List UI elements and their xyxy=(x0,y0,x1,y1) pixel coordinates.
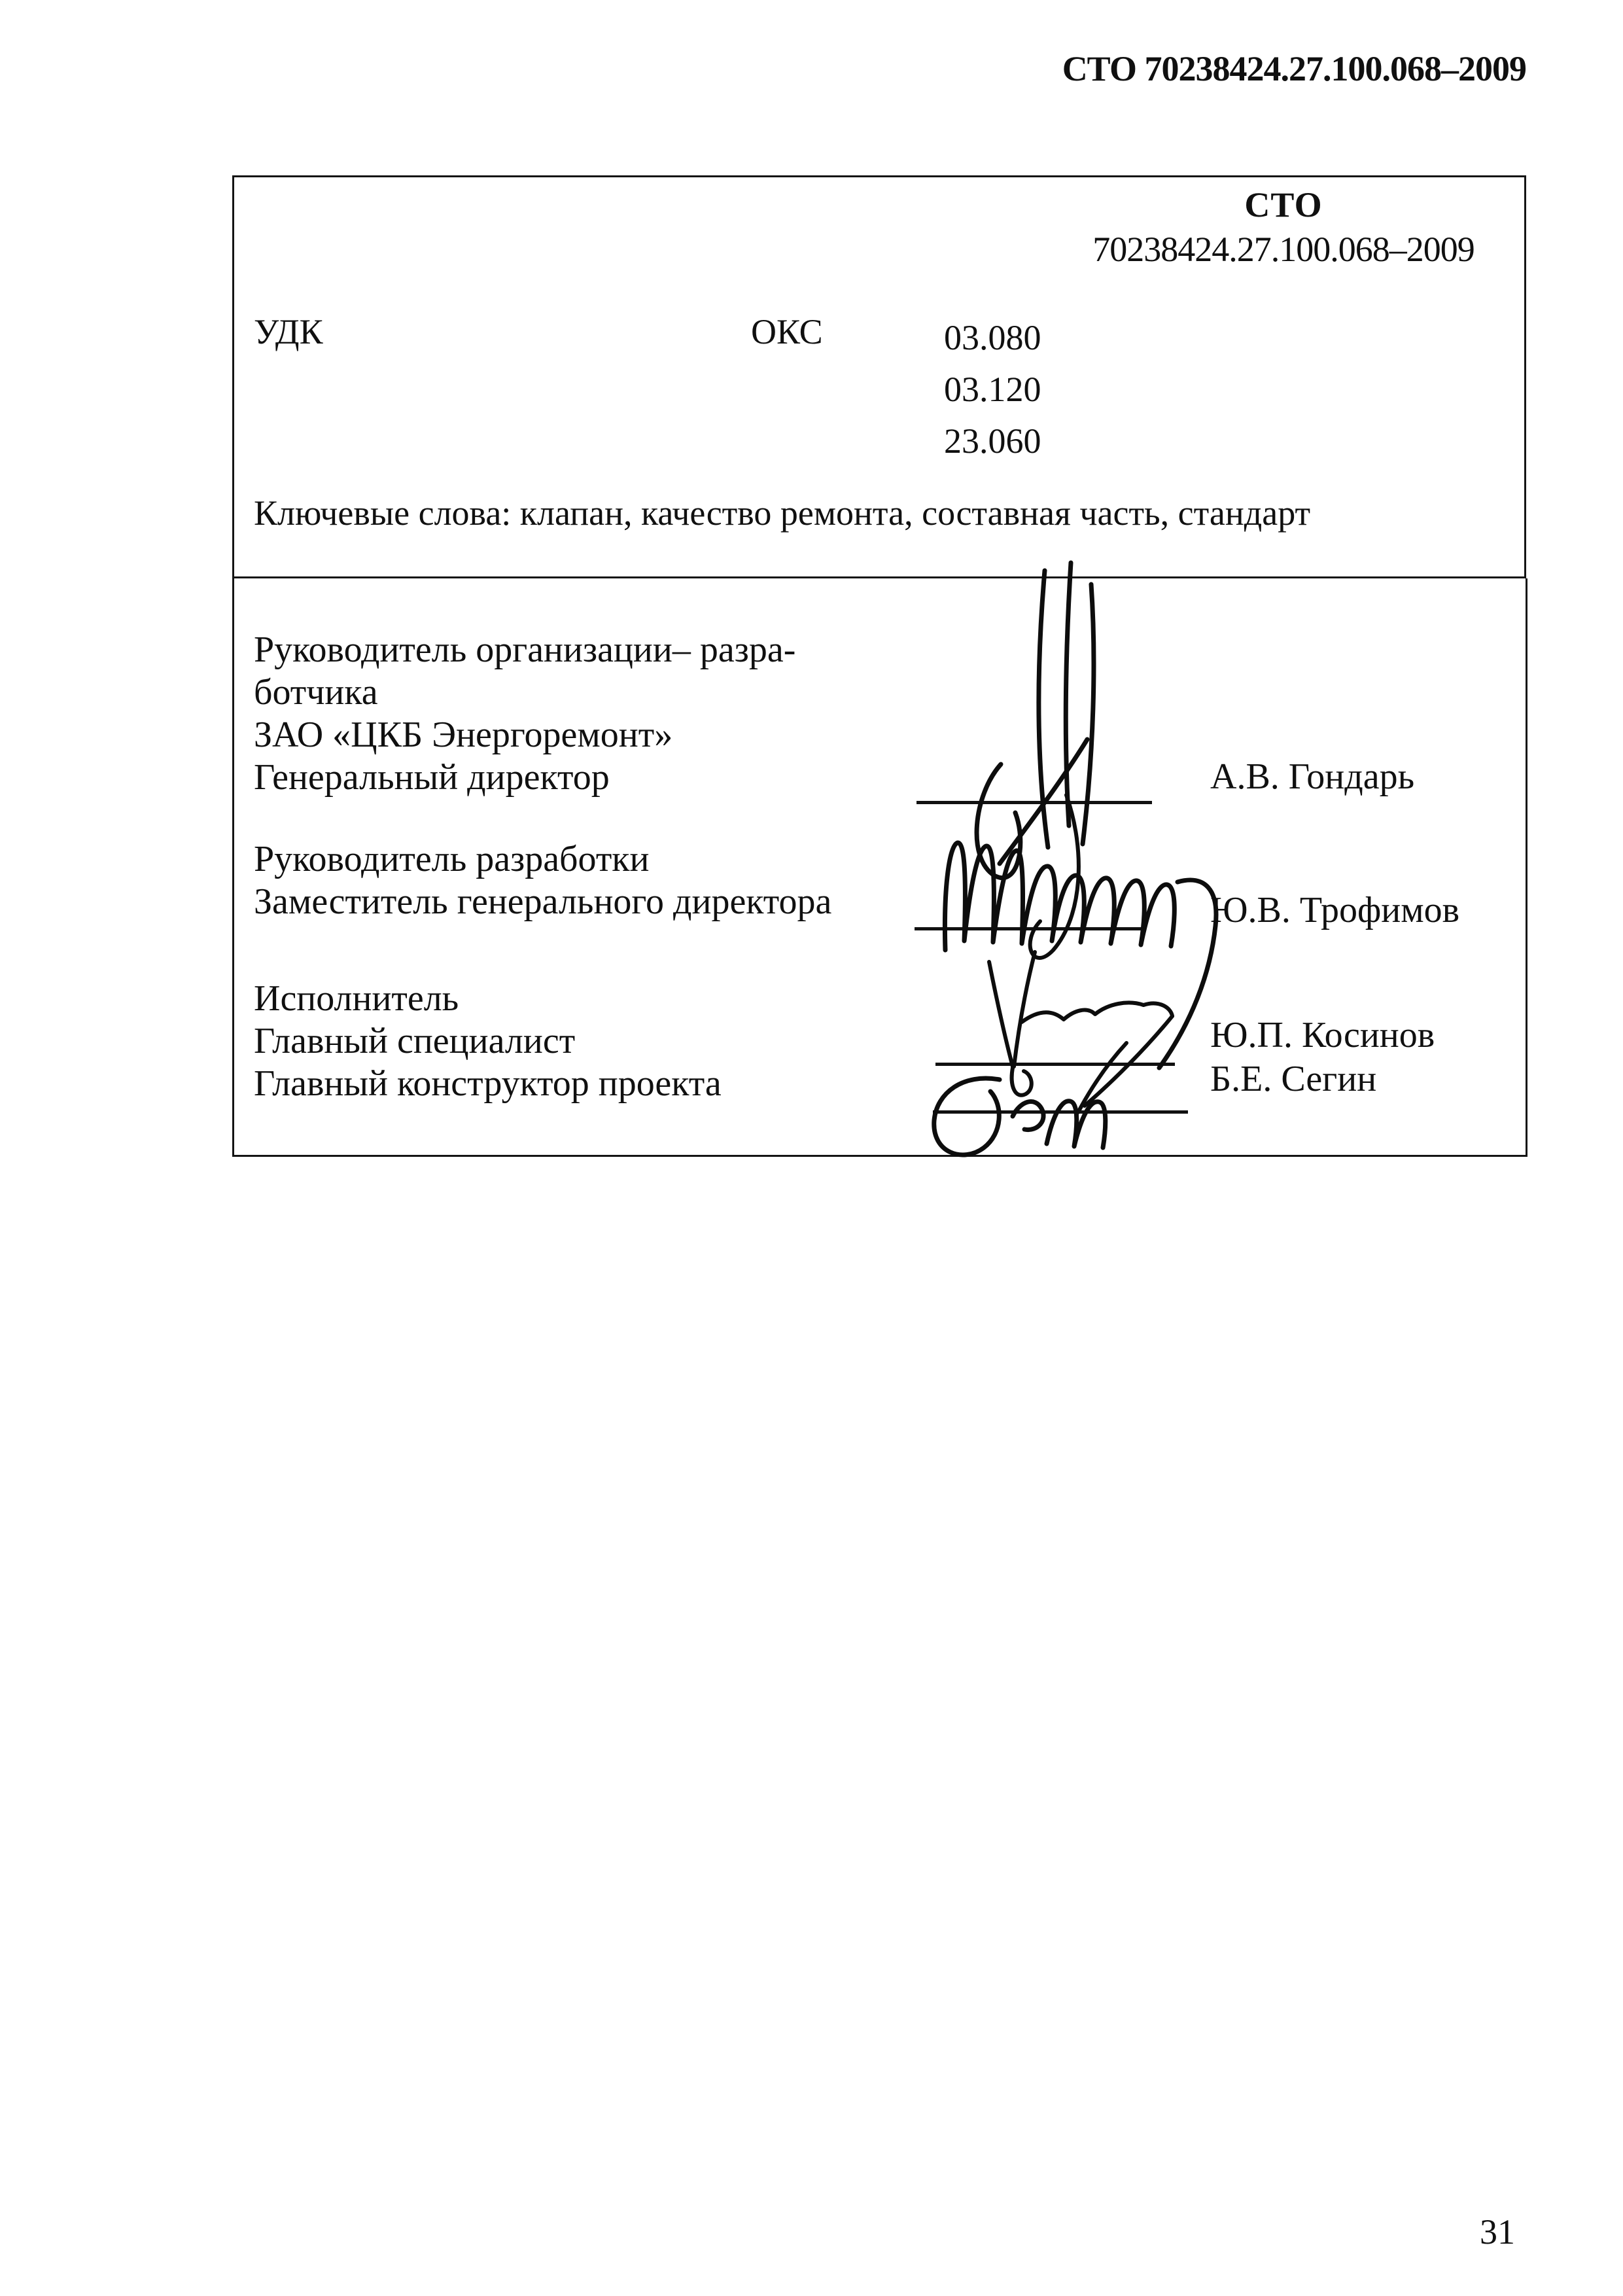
keywords-line: Ключевые слова: клапан, качество ремонта… xyxy=(254,493,1498,533)
signer-name: А.В. Гондарь xyxy=(1210,757,1414,796)
role-line: ЗАО «ЦКБ Энергоремонт» xyxy=(254,714,795,756)
signer-name: Б.Е. Сегин xyxy=(1210,1059,1376,1099)
role-group-developer-org: Руководитель организации– разра- ботчика… xyxy=(254,629,795,799)
role-line: Исполнитель xyxy=(254,978,722,1020)
doc-type-label: СТО xyxy=(1055,183,1512,227)
oks-code: 03.080 xyxy=(944,312,1041,364)
doc-code-block: СТО 70238424.27.100.068–2009 xyxy=(1055,183,1512,272)
signer-name: Ю.П. Косинов xyxy=(1210,1016,1435,1055)
signature-line xyxy=(915,927,1143,930)
oks-label: ОКС xyxy=(751,312,823,351)
running-header-doc-code: СТО 70238424.27.100.068–2009 xyxy=(1062,48,1526,89)
signature-line xyxy=(916,801,1152,804)
oks-codes-list: 03.080 03.120 23.060 xyxy=(944,312,1041,467)
role-line: ботчика xyxy=(254,671,795,714)
signature-box: Руководитель организации– разра- ботчика… xyxy=(232,578,1527,1157)
document-page: СТО 70238424.27.100.068–2009 СТО 7023842… xyxy=(0,0,1623,2296)
stamp-box: СТО 70238424.27.100.068–2009 УДК ОКС 03.… xyxy=(232,175,1526,578)
role-line: Заместитель генерального директора xyxy=(254,881,831,923)
oks-code: 03.120 xyxy=(944,364,1041,415)
oks-code: 23.060 xyxy=(944,415,1041,467)
role-line: Руководитель разработки xyxy=(254,838,831,881)
page-number: 31 xyxy=(1480,2212,1515,2252)
doc-number-label: 70238424.27.100.068–2009 xyxy=(1055,227,1512,272)
signature-line xyxy=(935,1063,1175,1066)
signer-name: Ю.В. Трофимов xyxy=(1210,891,1459,930)
role-group-executors: Исполнитель Главный специалист Главный к… xyxy=(254,978,722,1105)
role-line: Главный конструктор проекта xyxy=(254,1063,722,1105)
signature-line xyxy=(933,1110,1188,1114)
role-line: Руководитель организации– разра- xyxy=(254,629,795,671)
udk-label: УДК xyxy=(254,312,323,351)
role-group-development-lead: Руководитель разработки Заместитель гене… xyxy=(254,838,831,923)
role-line: Генеральный директор xyxy=(254,756,795,799)
role-line: Главный специалист xyxy=(254,1020,722,1063)
